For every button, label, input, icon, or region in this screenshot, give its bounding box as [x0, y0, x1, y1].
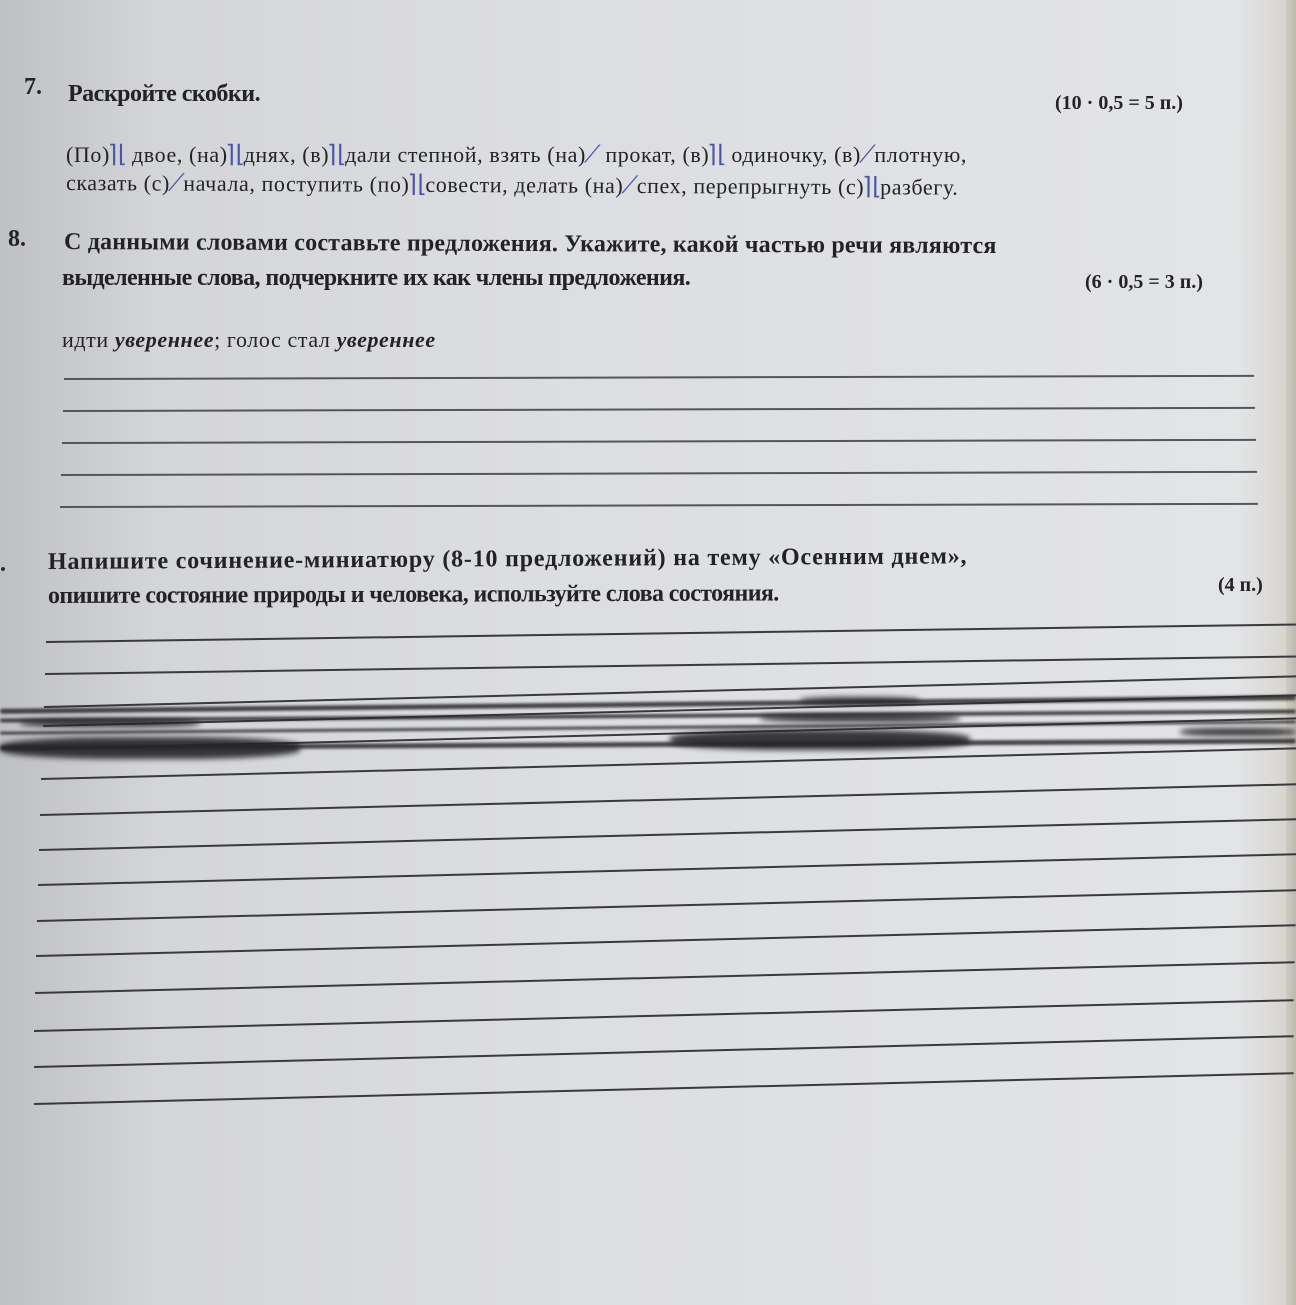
handwritten-separate-mark: ⌉⌊: [108, 140, 128, 168]
task-text: одиночку, (в): [725, 142, 861, 167]
task-points: (10 · 0,5 = 5 п.): [1055, 92, 1183, 115]
task-text-line-2: сказать (с)⟋начала, поступить (по)⌉⌊сове…: [66, 168, 959, 202]
task-text-line-1: (По)⌉⌊ двое, (на)⌉⌊днях, (в)⌉⌊дали степн…: [66, 140, 967, 169]
task-title-line-1: Напишите сочинение-миниатюру (8-10 предл…: [48, 540, 967, 579]
task-title: Раскройте скобки.: [68, 78, 260, 111]
task-text: начала, поступить (по): [183, 171, 409, 197]
task-number: 8.: [8, 226, 26, 253]
task-points: (6 · 0,5 = 3 п.): [1085, 271, 1203, 294]
task-text: двое, (на): [126, 142, 228, 167]
task-text: дали степной, взять (на): [345, 142, 586, 167]
task-number: 9.: [0, 551, 6, 578]
task-text: плотную,: [874, 142, 967, 167]
example-text: ; голос стал: [214, 327, 336, 352]
example-phrases: идти увереннее; голос стал увереннее: [62, 326, 436, 354]
example-text: идти: [62, 327, 115, 352]
task-text: днях, (в): [244, 142, 330, 167]
task-text: сказать (с): [66, 170, 170, 196]
task-title-line-2: опишите состояние природы и человека, ис…: [48, 577, 779, 613]
task-text: совести, делать (на): [425, 172, 623, 198]
task-title-line-2: выделенные слова, подчеркните их как чле…: [62, 262, 690, 295]
task-text: прокат, (в): [599, 142, 709, 167]
task-title-line-1: С данными словами составьте предложения.…: [64, 226, 997, 263]
handwritten-separate-mark: ⌉⌊: [226, 140, 246, 168]
task-text: (По): [66, 142, 110, 167]
highlighted-word: увереннее: [337, 327, 436, 352]
task-text: разбегу.: [880, 174, 958, 199]
task-text: спех, перепрыгнуть (с): [637, 173, 865, 199]
task-number: 7.: [24, 74, 42, 101]
page-edge: [1286, 0, 1296, 1305]
task-points: (4 п.): [1218, 574, 1263, 597]
highlighted-word: увереннее: [115, 327, 214, 352]
